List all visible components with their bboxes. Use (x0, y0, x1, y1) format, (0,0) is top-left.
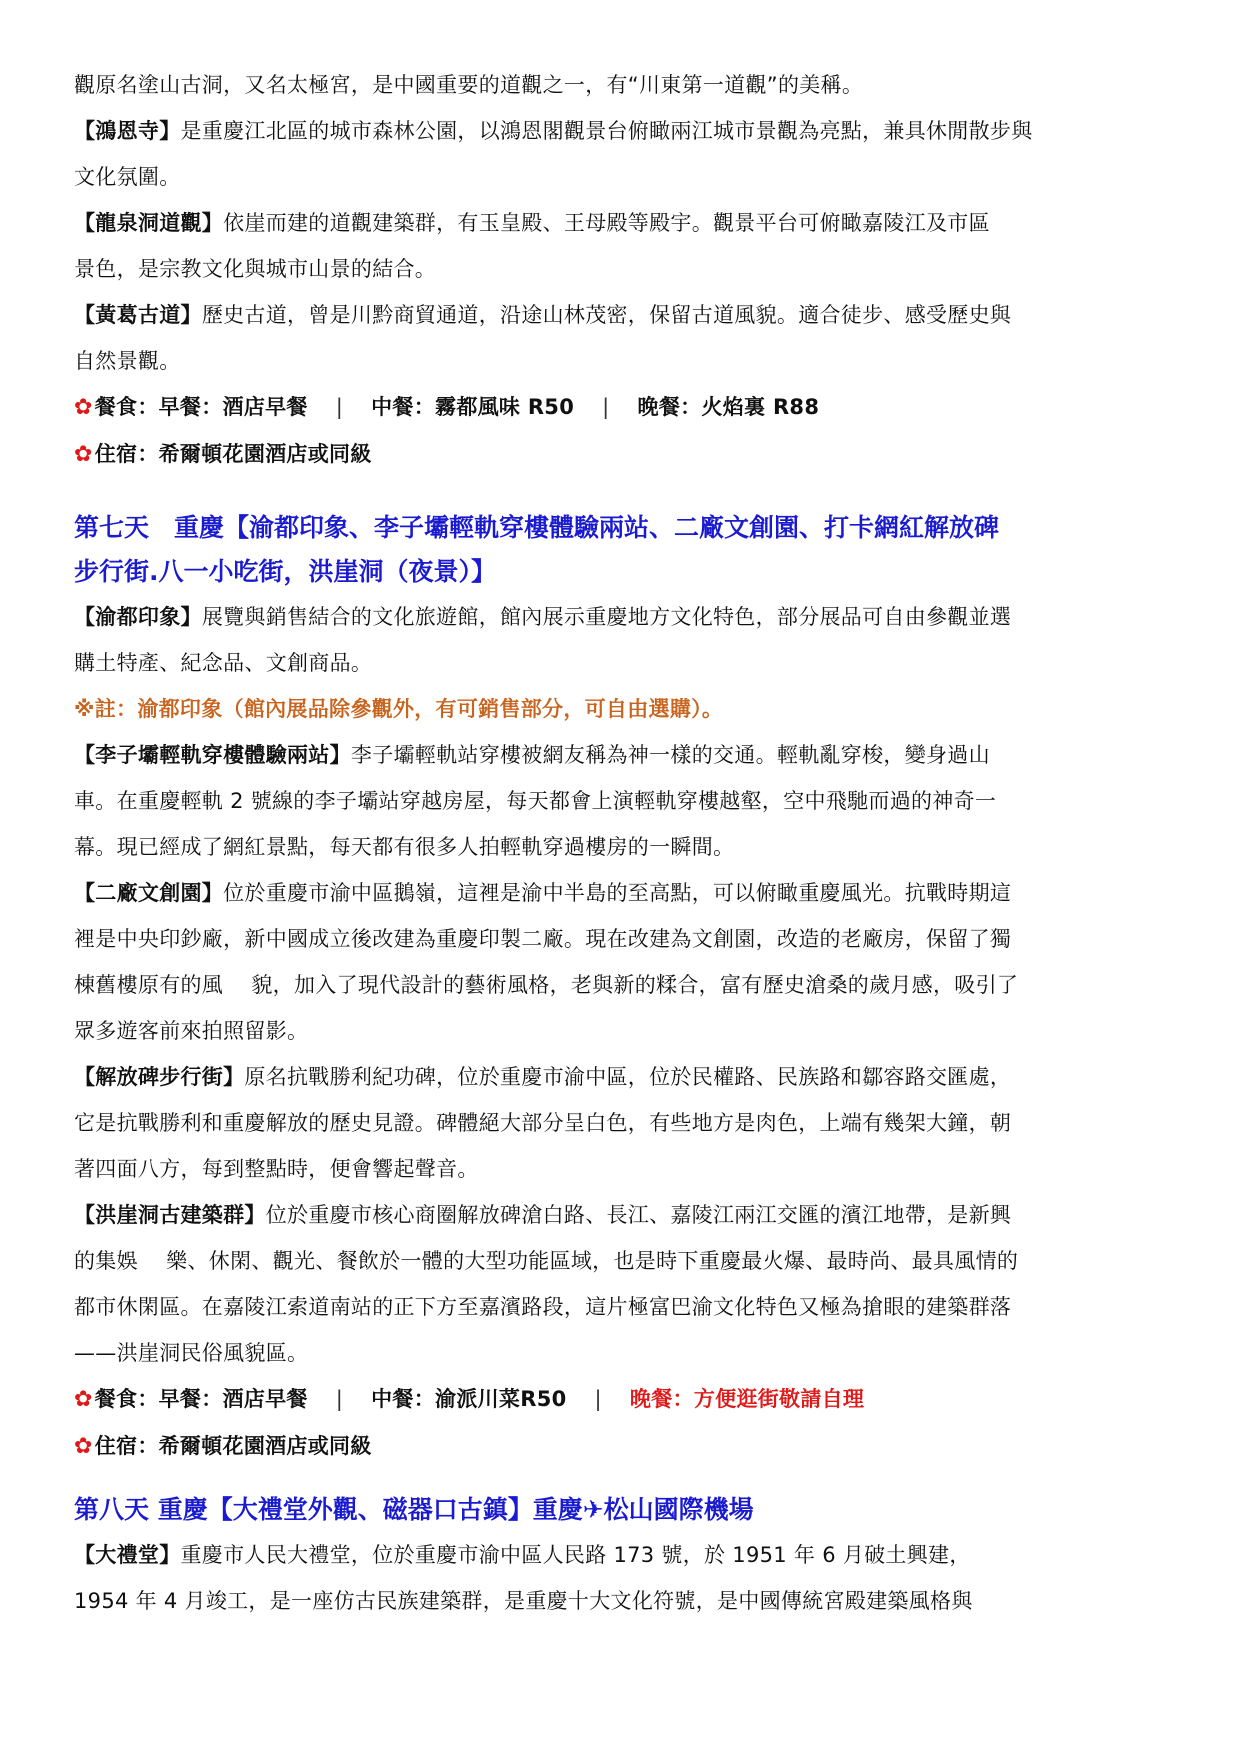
flower-icon: ✿ (74, 442, 93, 467)
attraction-text: 棟舊樓原有的風 貌，加入了現代設計的藝術風格，老與新的糅合，富有歷史滄桑的歲月感… (74, 962, 1174, 1008)
divider: | (336, 1376, 343, 1422)
attraction-longquan-cave: 【龍泉洞道觀】依崖而建的道觀建築群，有玉皇殿、王母殿等殿宇。觀景平台可俯瞰嘉陵江… (74, 200, 1174, 246)
divider: | (595, 1376, 602, 1422)
attraction-huangge-road: 【黃葛古道】歷史古道，曾是川黔商貿通道，沿途山林茂密，保留古道風貌。適合徒步、感… (74, 292, 1174, 338)
attraction-text: 車。在重慶輕軌 2 號線的李子壩站穿越房屋，每天都會上演輕軌穿樓越壑，空中飛馳而… (74, 778, 1174, 824)
attraction-yudu: 【渝都印象】展覽與銷售結合的文化旅遊館，館內展示重慶地方文化特色，部分展品可自由… (74, 594, 1174, 640)
note: ※註：渝都印象（館內展品除參觀外，有可銷售部分，可自由選購）。 (74, 686, 1174, 732)
day7-header-cont: 步行街.八一小吃街，洪崖洞（夜景）】 (74, 550, 1174, 594)
attraction-text: 著四面八方，每到整點時，便會響起聲音。 (74, 1146, 1174, 1192)
attraction-text: 幕。現已經成了網紅景點，每天都有很多人拍輕軌穿過樓房的一瞬間。 (74, 824, 1174, 870)
day7-meals: ✿餐食：早餐：酒店早餐|中餐：渝派川菜R50|晚餐：方便逛街敬請自理 (74, 1376, 1174, 1423)
attraction-hongyadong: 【洪崖洞古建築群】位於重慶市核心商圈解放碑滄白路、長江、嘉陵江兩江交匯的濱江地帶… (74, 1192, 1174, 1238)
day7-header: 第七天 重慶【渝都印象、李子壩輕軌穿樓體驗兩站、二廠文創園、打卡網紅解放碑 (74, 506, 1174, 550)
flower-icon: ✿ (74, 1387, 93, 1412)
attraction-title: 【鴻恩寺】 (74, 119, 181, 143)
attraction-jiefangbei: 【解放碑步行街】原名抗戰勝利紀功碑，位於重慶市渝中區，位於民權路、民族路和鄒容路… (74, 1054, 1174, 1100)
itinerary-page: 觀原名塗山古洞，又名太極宮，是中國重要的道觀之一，有“川東第一道觀”的美稱。 【… (74, 62, 1174, 1624)
attraction-text: 眾多遊客前來拍照留影。 (74, 1008, 1174, 1054)
attraction-text: 購土特產、紀念品、文創商品。 (74, 640, 1174, 686)
attraction-text: 文化氛圍。 (74, 154, 1174, 200)
attraction-text: 都市休閑區。在嘉陵江索道南站的正下方至嘉濱路段，這片極富巴渝文化特色又極為搶眼的… (74, 1284, 1174, 1330)
attraction-text: ——洪崖洞民俗風貌區。 (74, 1330, 1174, 1376)
attraction-text: 它是抗戰勝利和重慶解放的歷史見證。碑體絕大部分呈白色，有些地方是肉色，上端有幾架… (74, 1100, 1174, 1146)
day6-meals: ✿餐食：早餐：酒店早餐|中餐：霧都風味 R50|晚餐：火焰裏 R88 (74, 384, 1174, 431)
attraction-title: 【黃葛古道】 (74, 303, 202, 327)
attraction-great-hall: 【大禮堂】重慶市人民大禮堂，位於重慶市渝中區人民路 173 號，於 1951 年… (74, 1532, 1174, 1578)
flower-icon: ✿ (74, 395, 93, 420)
attraction-text: 景色，是宗教文化與城市山景的結合。 (74, 246, 1174, 292)
divider: | (602, 384, 609, 430)
attraction-text: 裡是中央印鈔廠，新中國成立後改建為重慶印製二廠。現在改建為文創園，改造的老廠房，… (74, 916, 1174, 962)
attraction-erchang: 【二廠文創園】位於重慶市渝中區鵝嶺，這裡是渝中半島的至高點，可以俯瞰重慶風光。抗… (74, 870, 1174, 916)
attraction-text: 1954 年 4 月竣工，是一座仿古民族建築群，是重慶十大文化符號，是中國傳統宮… (74, 1578, 1174, 1624)
day7-hotel: ✿住宿：希爾頓花園酒店或同級 (74, 1423, 1174, 1470)
attraction-hongen-temple: 【鴻恩寺】是重慶江北區的城市森林公園，以鴻恩閣觀景台俯瞰兩江城市景觀為亮點，兼具… (74, 108, 1174, 154)
attraction-text: 的集娛 樂、休閑、觀光、餐飲於一體的大型功能區域，也是時下重慶最火爆、最時尚、最… (74, 1238, 1174, 1284)
attraction-text: 自然景觀。 (74, 338, 1174, 384)
flower-icon: ✿ (74, 1434, 93, 1459)
divider: | (336, 384, 343, 430)
intro-line: 觀原名塗山古洞，又名太極宮，是中國重要的道觀之一，有“川東第一道觀”的美稱。 (74, 62, 1174, 108)
day8-header: 第八天 重慶【大禮堂外觀、磁器口古鎮】重慶✈松山國際機場 (74, 1488, 1174, 1532)
day6-hotel: ✿住宿：希爾頓花園酒店或同級 (74, 431, 1174, 478)
attraction-liziba: 【李子壩輕軌穿樓體驗兩站】李子壩輕軌站穿樓被網友稱為神一樣的交通。輕軌亂穿梭，變… (74, 732, 1174, 778)
attraction-title: 【龍泉洞道觀】 (74, 211, 223, 235)
